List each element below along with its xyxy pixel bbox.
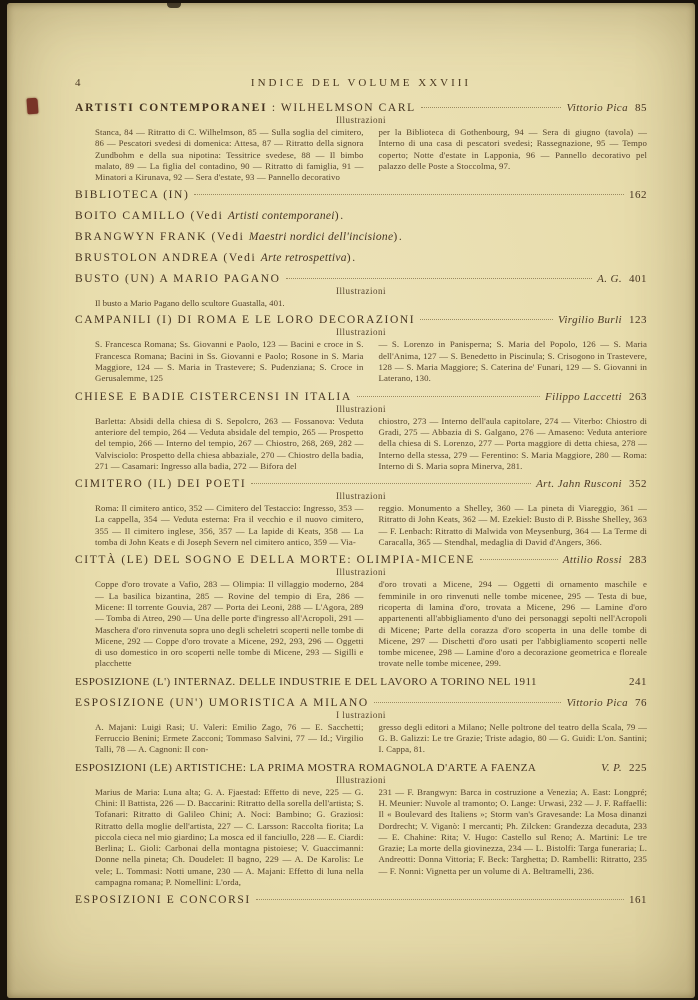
entry-title: ESPOSIZIONI E CONCORSI bbox=[75, 894, 251, 906]
entry-heading-row: ESPOSIZIONE (UN') UMORISTICA A MILANO Vi… bbox=[75, 697, 647, 709]
vedi-suffix: ). bbox=[393, 231, 403, 243]
index-entry: CITTÀ (LE) DEL SOGNO E DELLA MORTE: OLIM… bbox=[75, 554, 647, 669]
entry-page-number: 162 bbox=[629, 189, 647, 201]
entry-heading-row: BRANGWYN FRANK (Vedi Maestri nordici del… bbox=[75, 231, 647, 243]
entry-title-text: CAMPANILI (I) DI ROMA E LE LORO DECORAZI… bbox=[75, 314, 415, 326]
illustration-column-right: reggio. Monumento a Shelley, 360 — La pi… bbox=[379, 503, 648, 548]
vedi-suffix: ). bbox=[347, 252, 357, 264]
entry-title-text: BUSTO (UN) A MARIO PAGANO bbox=[75, 273, 281, 285]
page-content: 4 INDICE DEL VOLUME XXVIII ARTISTI CONTE… bbox=[75, 77, 647, 988]
index-entry: BRUSTOLON ANDREA (Vedi Arte retrospettiv… bbox=[75, 252, 647, 264]
illustration-column-right: per la Biblioteca di Gothenbourg, 94 — S… bbox=[379, 127, 648, 183]
vedi-prefix: (Vedi bbox=[223, 252, 260, 264]
illustrations-caption: Illustrazioni bbox=[75, 775, 647, 785]
entry-heading-row: CITTÀ (LE) DEL SOGNO E DELLA MORTE: OLIM… bbox=[75, 554, 647, 566]
entry-title: ESPOSIZIONI (LE) ARTISTICHE: LA PRIMA MO… bbox=[75, 762, 536, 774]
entry-title-text: CIMITERO (IL) DEI POETI bbox=[75, 478, 246, 490]
illustration-columns: Barletta: Absidi della chiesa di S. Sepo… bbox=[75, 416, 647, 472]
red-margin-mark bbox=[26, 98, 38, 115]
illustration-column-left: Stanca, 84 — Ritratto di C. Wilhelmson, … bbox=[95, 127, 364, 183]
entry-title-text: BIBLIOTECA (IN) bbox=[75, 189, 189, 201]
illustration-column-right: — S. Lorenzo in Panisperna; S. Maria del… bbox=[379, 339, 648, 384]
entry-page-number: 352 bbox=[629, 478, 647, 490]
dotted-leader bbox=[286, 278, 593, 279]
illustration-column-left: Roma: Il cimitero antico, 352 — Cimitero… bbox=[95, 503, 364, 548]
dotted-leader bbox=[251, 483, 531, 484]
entry-heading-row: CHIESE E BADIE CISTERCENSI IN ITALIA Fil… bbox=[75, 391, 647, 403]
index-entry: BOITO CAMILLO (Vedi Artisti contemporane… bbox=[75, 210, 647, 222]
entry-title-text: : WILHELMSON CARL bbox=[267, 102, 415, 114]
entry-page-number: 401 bbox=[629, 273, 647, 285]
entry-title: BIBLIOTECA (IN) bbox=[75, 189, 189, 201]
entry-title: CAMPANILI (I) DI ROMA E LE LORO DECORAZI… bbox=[75, 314, 415, 326]
index-entry: CHIESE E BADIE CISTERCENSI IN ITALIA Fil… bbox=[75, 391, 647, 472]
illustration-column-right: 231 — F. Brangwyn: Barca in costruzione … bbox=[379, 787, 648, 889]
entry-page-number: 225 bbox=[629, 762, 647, 774]
cross-reference: Maestri nordici dell'incisione bbox=[249, 231, 394, 243]
index-entry: ESPOSIZIONI E CONCORSI 161 bbox=[75, 894, 647, 906]
index-entry: ESPOSIZIONE (UN') UMORISTICA A MILANO Vi… bbox=[75, 697, 647, 756]
page-number: 4 bbox=[75, 77, 135, 89]
dotted-leader bbox=[357, 396, 540, 397]
illustration-columns: Stanca, 84 — Ritratto di C. Wilhelmson, … bbox=[75, 127, 647, 183]
entry-title-text: ESPOSIZIONE (L') INTERNAZ. DELLE INDUSTR… bbox=[75, 676, 537, 688]
entry-author: Art. Jahn Rusconi bbox=[536, 478, 622, 490]
entry-title: CITTÀ (LE) DEL SOGNO E DELLA MORTE: OLIM… bbox=[75, 554, 475, 566]
entry-title-text: BOITO CAMILLO bbox=[75, 210, 190, 222]
entry-page-number: 85 bbox=[635, 102, 647, 114]
dotted-leader bbox=[420, 319, 553, 320]
illustration-columns: Roma: Il cimitero antico, 352 — Cimitero… bbox=[75, 503, 647, 548]
entry-title: BUSTO (UN) A MARIO PAGANO bbox=[75, 273, 281, 285]
entry-author: V. P. bbox=[601, 762, 622, 774]
cross-reference: Arte retrospettiva bbox=[261, 252, 347, 264]
entry-page-number: 76 bbox=[635, 697, 647, 709]
entry-title: ARTISTI CONTEMPORANEI : WILHELMSON CARL bbox=[75, 102, 416, 114]
illustration-column-left: Marius de Maria: Luna alta; G. A. Fjaest… bbox=[95, 787, 364, 889]
vedi-suffix: ). bbox=[335, 210, 345, 222]
entry-author: Vittorio Pica bbox=[566, 102, 628, 114]
entry-author: Attilio Rossi bbox=[563, 554, 622, 566]
illustration-columns: Marius de Maria: Luna alta; G. A. Fjaest… bbox=[75, 787, 647, 889]
entry-heading-row: ESPOSIZIONI E CONCORSI 161 bbox=[75, 894, 647, 906]
entry-title-text: ESPOSIZIONE (UN') UMORISTICA A MILANO bbox=[75, 697, 369, 709]
entry-title: ESPOSIZIONE (UN') UMORISTICA A MILANO bbox=[75, 697, 369, 709]
entry-title-bold: ARTISTI CONTEMPORANEI bbox=[75, 102, 267, 114]
illustration-columns: S. Francesca Romana; Ss. Giovanni e Paol… bbox=[75, 339, 647, 384]
index-entry: BUSTO (UN) A MARIO PAGANO A. G. 401 Illu… bbox=[75, 273, 647, 308]
entry-title: ESPOSIZIONE (L') INTERNAZ. DELLE INDUSTR… bbox=[75, 676, 537, 688]
entry-heading-row: BOITO CAMILLO (Vedi Artisti contemporane… bbox=[75, 210, 647, 222]
dotted-leader bbox=[256, 899, 624, 900]
entry-title-text: BRUSTOLON ANDREA bbox=[75, 252, 223, 264]
illustration-note: Il busto a Mario Pagano dello scultore G… bbox=[75, 298, 647, 308]
index-entries: ARTISTI CONTEMPORANEI : WILHELMSON CARL … bbox=[75, 102, 647, 906]
illustration-column-left: S. Francesca Romana; Ss. Giovanni e Paol… bbox=[95, 339, 364, 384]
illustrations-caption: Illustrazioni bbox=[75, 327, 647, 337]
illustrations-caption: Illustrazioni bbox=[75, 115, 647, 125]
index-entry: BIBLIOTECA (IN) 162 bbox=[75, 189, 647, 201]
entry-heading-row: ESPOSIZIONI (LE) ARTISTICHE: LA PRIMA MO… bbox=[75, 762, 647, 774]
illustration-column-left: Coppe d'oro trovate a Vafio, 283 — Olimp… bbox=[95, 579, 364, 669]
illustration-column-left: A. Majani: Luigi Rasi; U. Valeri: Emilio… bbox=[95, 722, 364, 756]
illustration-column-right: d'oro trovati a Micene, 294 — Oggetti di… bbox=[379, 579, 648, 669]
illustrations-caption: Illustrazioni bbox=[75, 286, 647, 296]
entry-title-text: ESPOSIZIONI E CONCORSI bbox=[75, 894, 251, 906]
entry-title: CHIESE E BADIE CISTERCENSI IN ITALIA bbox=[75, 391, 352, 403]
entry-author: Vittorio Pica bbox=[566, 697, 628, 709]
entry-heading-row: ESPOSIZIONE (L') INTERNAZ. DELLE INDUSTR… bbox=[75, 676, 647, 688]
scan-edge-smudge bbox=[167, 3, 181, 8]
index-entry: ESPOSIZIONE (L') INTERNAZ. DELLE INDUSTR… bbox=[75, 676, 647, 688]
entry-title-text: CITTÀ (LE) DEL SOGNO E DELLA MORTE: OLIM… bbox=[75, 554, 475, 566]
entry-author: Filippo Laccetti bbox=[545, 391, 622, 403]
index-entry: ESPOSIZIONI (LE) ARTISTICHE: LA PRIMA MO… bbox=[75, 762, 647, 889]
illustration-column-right: gresso degli editori a Milano; Nelle pol… bbox=[379, 722, 648, 756]
entry-heading-row: BRUSTOLON ANDREA (Vedi Arte retrospettiv… bbox=[75, 252, 647, 264]
entry-heading-row: BIBLIOTECA (IN) 162 bbox=[75, 189, 647, 201]
index-entry: ARTISTI CONTEMPORANEI : WILHELMSON CARL … bbox=[75, 102, 647, 183]
index-entry: BRANGWYN FRANK (Vedi Maestri nordici del… bbox=[75, 231, 647, 243]
illustrations-caption: Illustrazioni bbox=[75, 491, 647, 501]
entry-page-number: 123 bbox=[629, 314, 647, 326]
entry-page-number: 241 bbox=[629, 676, 647, 688]
dotted-leader bbox=[194, 194, 624, 195]
entry-title-text: BRANGWYN FRANK bbox=[75, 231, 211, 243]
illustrations-caption: I lustrazioni bbox=[75, 710, 647, 720]
cross-reference: Artisti contemporanei bbox=[228, 210, 335, 222]
vedi-prefix: (Vedi bbox=[190, 210, 227, 222]
volume-index-title: INDICE DEL VOLUME XXVIII bbox=[135, 77, 587, 89]
illustration-columns: A. Majani: Luigi Rasi; U. Valeri: Emilio… bbox=[75, 722, 647, 756]
entry-title: BRANGWYN FRANK (Vedi Maestri nordici del… bbox=[75, 231, 403, 243]
dotted-leader bbox=[421, 107, 562, 108]
illustrations-caption: Illustrazioni bbox=[75, 567, 647, 577]
entry-title: CIMITERO (IL) DEI POETI bbox=[75, 478, 246, 490]
illustration-column-right: chiostro, 273 — Interno dell'aula capito… bbox=[379, 416, 648, 472]
entry-heading-row: CIMITERO (IL) DEI POETI Art. Jahn Ruscon… bbox=[75, 478, 647, 490]
dotted-leader bbox=[480, 559, 558, 560]
vedi-prefix: (Vedi bbox=[211, 231, 248, 243]
entry-author: A. G. bbox=[597, 273, 622, 285]
illustration-column-left: Barletta: Absidi della chiesa di S. Sepo… bbox=[95, 416, 364, 472]
entry-page-number: 283 bbox=[629, 554, 647, 566]
entry-page-number: 161 bbox=[629, 894, 647, 906]
page-header: 4 INDICE DEL VOLUME XXVIII bbox=[75, 77, 647, 89]
illustrations-caption: Illustrazioni bbox=[75, 404, 647, 414]
entry-title: BOITO CAMILLO (Vedi Artisti contemporane… bbox=[75, 210, 345, 222]
entry-heading-row: ARTISTI CONTEMPORANEI : WILHELMSON CARL … bbox=[75, 102, 647, 114]
entry-title-text: ESPOSIZIONI (LE) ARTISTICHE: LA PRIMA MO… bbox=[75, 762, 536, 774]
index-entry: CAMPANILI (I) DI ROMA E LE LORO DECORAZI… bbox=[75, 314, 647, 384]
entry-title-text: CHIESE E BADIE CISTERCENSI IN ITALIA bbox=[75, 391, 352, 403]
illustration-columns: Coppe d'oro trovate a Vafio, 283 — Olimp… bbox=[75, 579, 647, 669]
entry-heading-row: CAMPANILI (I) DI ROMA E LE LORO DECORAZI… bbox=[75, 314, 647, 326]
index-entry: CIMITERO (IL) DEI POETI Art. Jahn Ruscon… bbox=[75, 478, 647, 548]
entry-heading-row: BUSTO (UN) A MARIO PAGANO A. G. 401 bbox=[75, 273, 647, 285]
scanned-page: 4 INDICE DEL VOLUME XXVIII ARTISTI CONTE… bbox=[7, 3, 695, 998]
entry-title: BRUSTOLON ANDREA (Vedi Arte retrospettiv… bbox=[75, 252, 357, 264]
entry-page-number: 263 bbox=[629, 391, 647, 403]
dotted-leader bbox=[374, 702, 562, 703]
entry-author: Virgilio Burli bbox=[558, 314, 622, 326]
